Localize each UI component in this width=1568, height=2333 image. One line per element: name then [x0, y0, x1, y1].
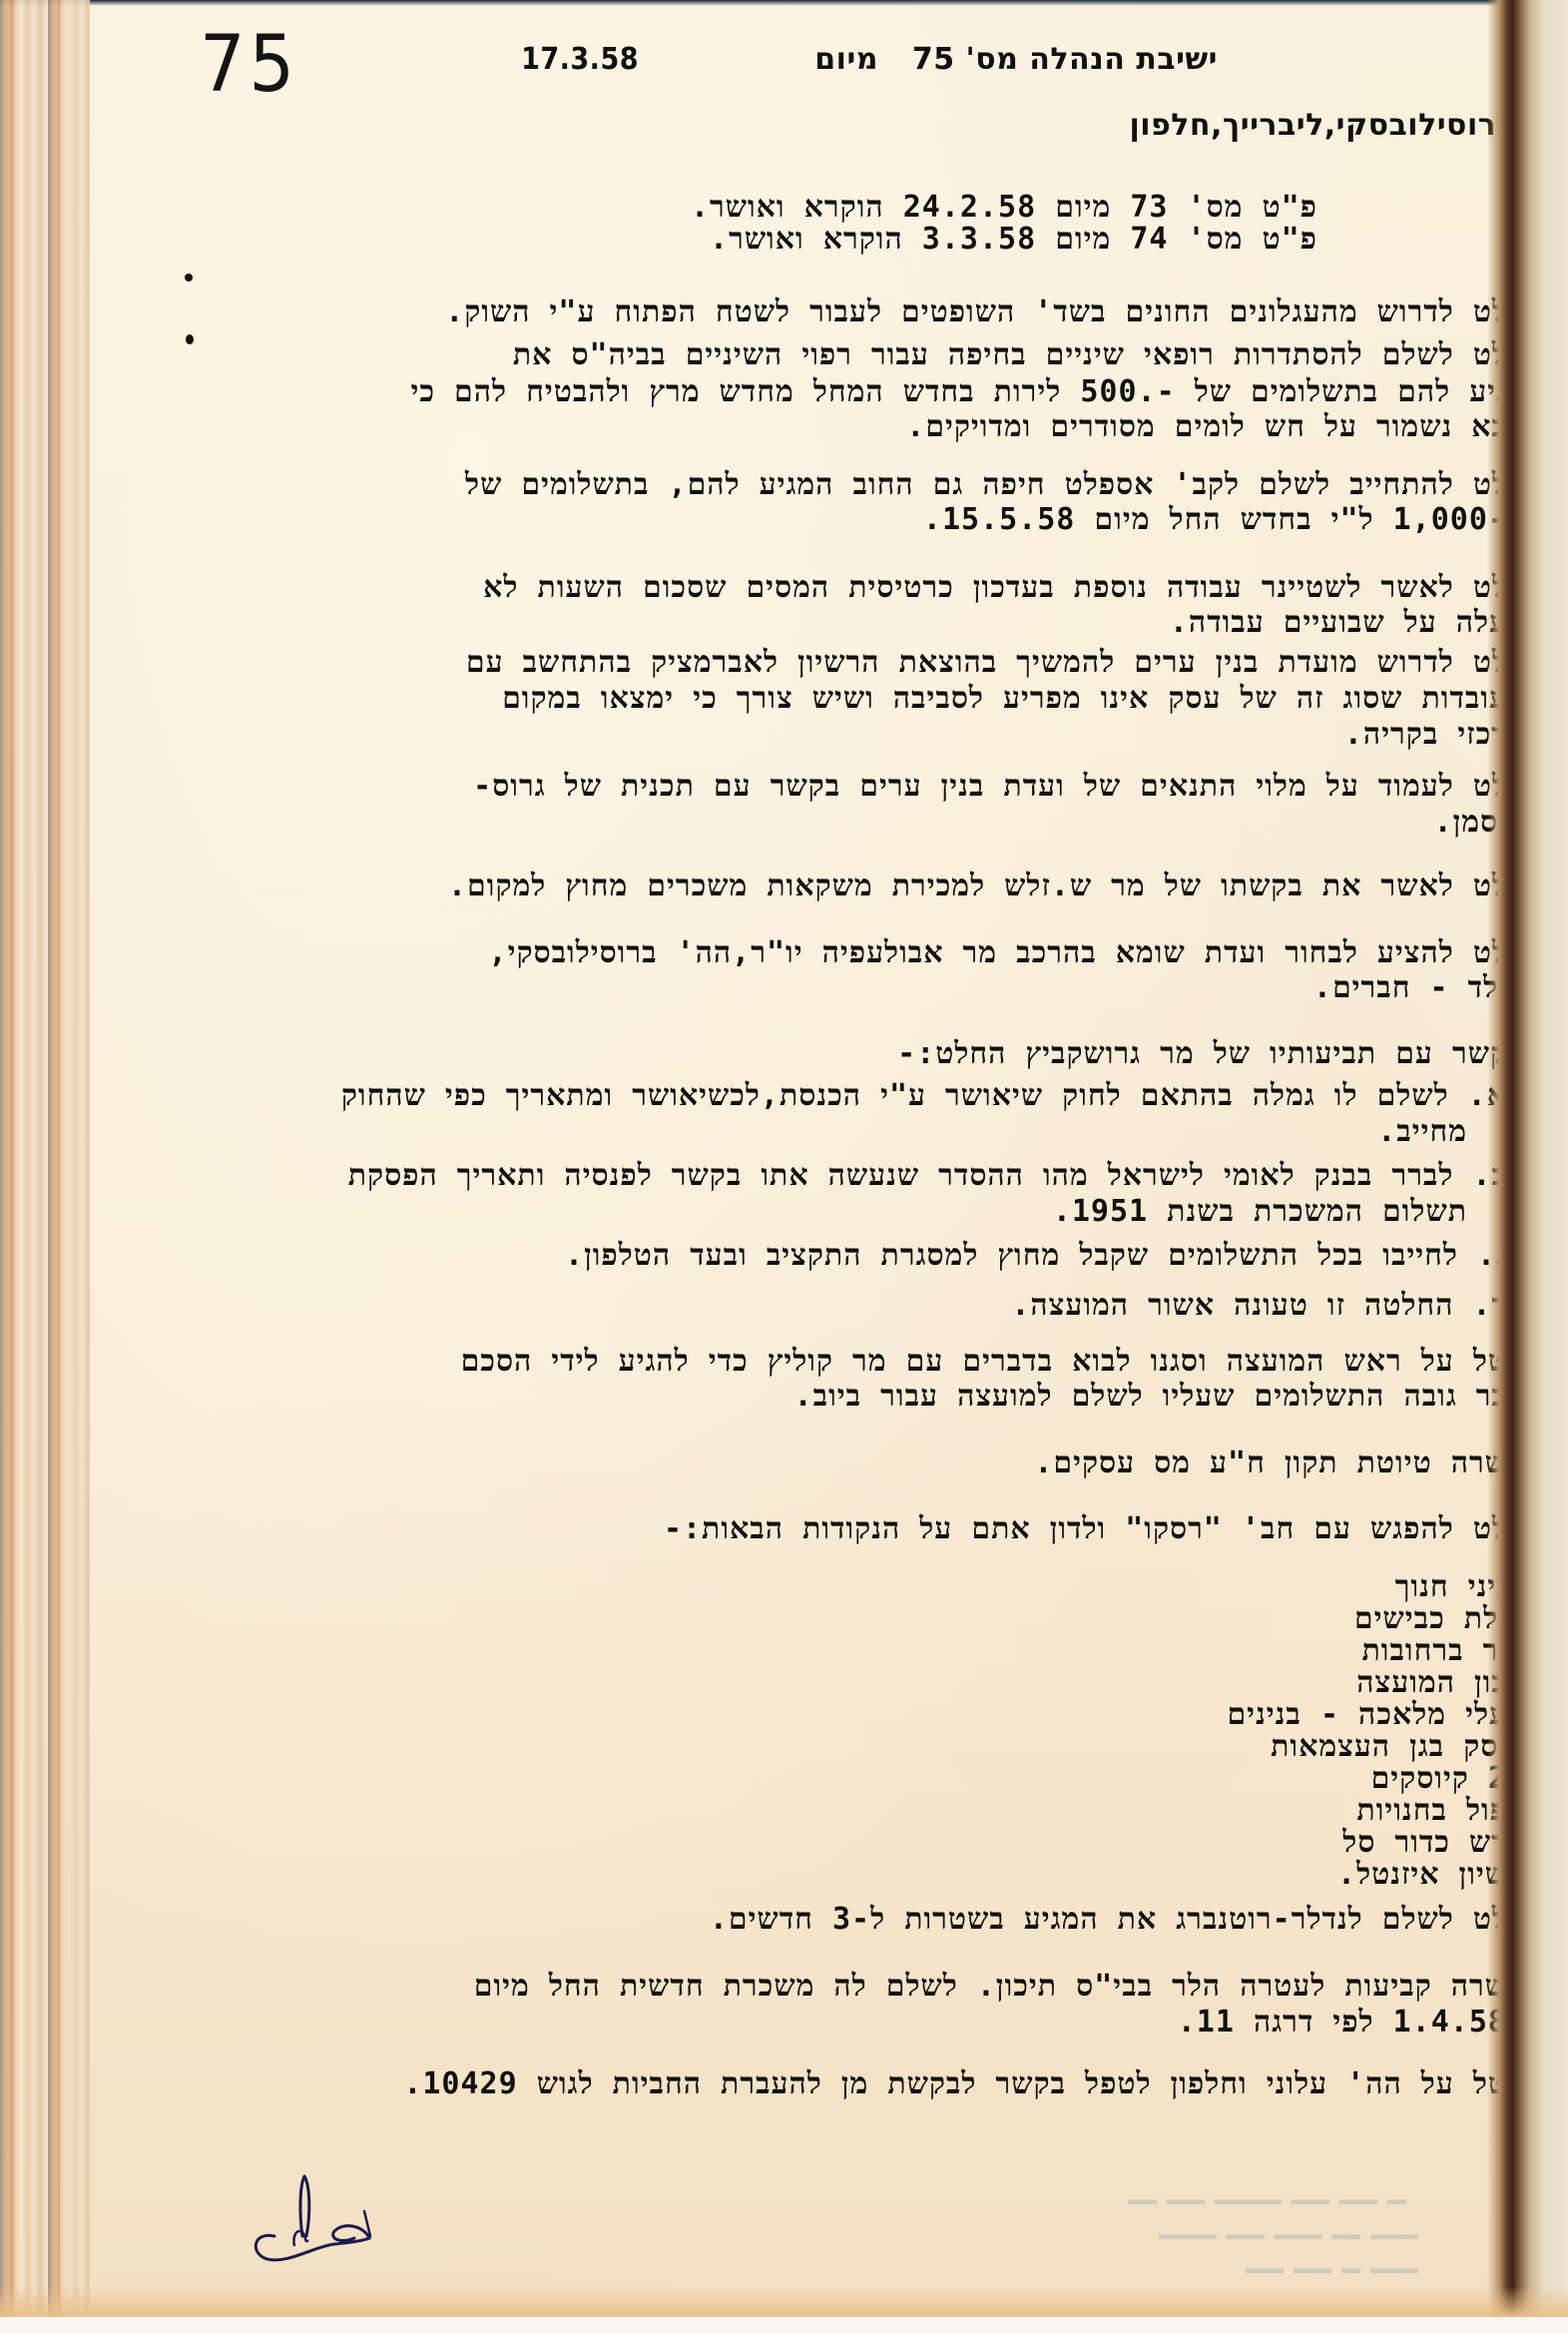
rassco-point: ילת כבישים — [1354, 1601, 1507, 1637]
handwritten-signature — [245, 2166, 384, 2266]
rassco-point: שיון איזנטל. — [1337, 1857, 1507, 1893]
resolution-assessment-committee-line1: לט להציע לבחור ועדת שומא בהרכב מר אבולעפ… — [489, 935, 1507, 971]
minutes-approval-74: פ"ט מס' 74 מיום 3.3.58 הוקרא ואושר. — [710, 222, 1317, 258]
page-stack-edge — [0, 0, 90, 2317]
groskevich-item-d: ד. החלטה זו טעונה אשור המועצה. — [1011, 1288, 1507, 1324]
rassco-point: רש כדור סל — [1342, 1825, 1507, 1861]
meeting-title: ישיבת הנהלה מס' 75 — [912, 42, 1218, 78]
resolution-steiner-line2: עלה על שבועיים עבודה. — [1170, 605, 1507, 641]
resolution-dentists-line1: לט לשלם להסתדרות רופאי שיניים בחיפה עבור… — [513, 337, 1507, 373]
minutes-approval-73: פ"ט מס' 73 מיום 24.2.58 הוקרא ואושר. — [691, 190, 1317, 226]
rassco-point: פול בחנויות — [1356, 1793, 1507, 1829]
resolution-asphalt-line1: לט להתחייב לשלם לקב' אספלט חיפה גם החוב … — [465, 467, 1507, 503]
attendees-line: ,ברוסילובסקי,ליברייך,חלפון — [1129, 108, 1527, 144]
page-bottom-edge — [0, 2286, 1568, 2317]
resolution-dentists-line2: גיע להם בתשלומים של -.500 לירות בחדש המח… — [410, 374, 1507, 410]
resolution-block-transfer: טל על הה' עלוני וחלפון לטפל בקשר לבקשת מ… — [403, 2066, 1507, 2102]
resolution-wagoners: לט לדרוש מהעגלונים החונים בשד' השופטים ל… — [445, 294, 1507, 330]
resolution-steiner-line1: לט לאשר לשטיינר עבודה נוספת בעדכון כרטיס… — [483, 570, 1507, 606]
resolution-abramczyk-line2: עובדות שסוג זה של עסק אינו מפריע לסביבה … — [502, 681, 1507, 717]
resolution-abramczyk-line3: רכזי בקריה. — [1344, 717, 1507, 753]
resolution-gross-line1: לט לעמוד על מלוי התנאים של ועדת בנין ערי… — [473, 769, 1507, 805]
scanned-document-page: ⠀▬▬ ▬▬▬▬ ▬▬▬▬ ▬▬▬▬▬▬▬ ▬▬▬▬ ▬▬▬ ▬▬▬▬▬ ▬▬▬… — [0, 0, 1568, 2317]
groskevich-item-c: ג. לחייבו בכל התשלומים שקבל מחוץ למסגרת … — [565, 1238, 1507, 1274]
ink-spot — [186, 334, 194, 344]
ink-spot — [185, 274, 193, 282]
resolution-nadler-rotenberg: לט לשלם לנדלר-רוטנברג את המגיע בשטרות ל-… — [710, 1902, 1507, 1938]
groskevich-item-b-line2: תשלום המשכרת בשנת 1951. — [1053, 1194, 1467, 1230]
resolution-assessment-committee-line2: ילד - חברים. — [1313, 970, 1507, 1006]
rassco-meeting-intro: לט להפגש עם חב' "רסקו" ולדון אתם על הנקו… — [664, 1511, 1507, 1547]
resolution-hiller-tenure-line1: שרה קביעות לעטרה הלר בבי"ס תיכון. לשלם ל… — [474, 1969, 1507, 2005]
resolution-hiller-tenure-line2: 1.4.58 לפי דרגה 11. — [1178, 2005, 1507, 2041]
handwritten-page-number: 75 — [200, 20, 298, 110]
bleed-through-text: ⠀▬▬ ▬▬▬▬ ▬▬▬▬ ▬▬▬▬▬▬▬ ▬▬▬▬ ▬▬▬ — [1128, 2191, 1418, 2210]
groskevich-item-a-line1: א. לשלם לו גמלה בהתאם לחוק שיאושר ע"י הכ… — [341, 1078, 1507, 1114]
council-head-task-line2: בר גובה התשלומים שעליו לשלם למועצה עבור … — [794, 1379, 1507, 1415]
bleed-through-text: ▬▬▬▬▬ ▬▬▬ ▬▬▬▬▬ ▬▬▬▬ ▬▬▬▬▬▬ — [1159, 2226, 1418, 2245]
resolution-liquor-license: לט לאשר את בקשתו של מר ש.זלש למכירת משקא… — [448, 869, 1507, 904]
date-label: מיום — [814, 42, 878, 78]
meeting-date: 17.3.58 — [521, 42, 639, 78]
scan-top-edge — [0, 0, 1568, 6]
resolution-asphalt-line2: -1,000 ל"י בחדש החל מיום 15.5.58. — [923, 502, 1507, 538]
groskevich-item-a-line2: מחייב. — [1377, 1114, 1467, 1150]
bleed-through-text: ▬▬▬▬▬ ▬▬ ▬▬▬▬ ▬▬▬▬ — [1246, 2260, 1418, 2279]
rassco-point: כון המועצה — [1356, 1665, 1507, 1701]
business-tax-amendment: שרה טיוטת תקון ח"ע מס עסקים. — [1034, 1446, 1507, 1481]
resolution-abramczyk-line1: לט לדרוש מועדת בנין ערים להמשיך בהוצאת ה… — [466, 645, 1507, 681]
resolution-dentists-line3: בא נשמור על חש לומים מסודרים ומדויקים. — [906, 409, 1507, 445]
rassco-point: עלי מלאכה - בנינים — [1227, 1697, 1507, 1733]
groskevich-item-b-line1: ב. לברר בבנק לאומי לישראל מהו ההסדר שנעש… — [348, 1158, 1507, 1194]
scan-margin — [0, 2317, 1568, 2333]
binding-gutter-shadow — [1487, 0, 1568, 2317]
rassco-point: וסק בגן העצמאות — [1271, 1729, 1507, 1765]
groskevich-intro: קשר עם תביעותיו של מר גרושקביץ החלט:- — [897, 1036, 1507, 1072]
council-head-task-line1: טל על ראש המועצה וסגנו לבוא בדברים עם מר… — [461, 1344, 1507, 1380]
rassco-point: ור ברחובות — [1361, 1633, 1507, 1669]
